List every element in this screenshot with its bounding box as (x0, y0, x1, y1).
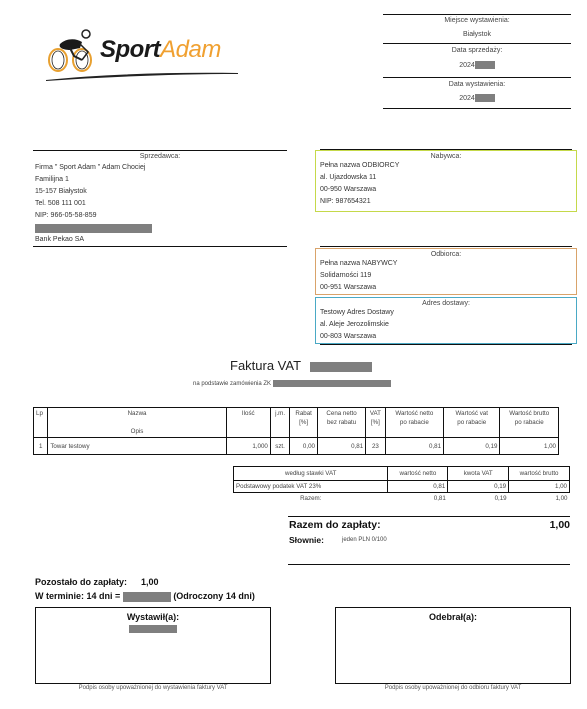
total-to-pay-label: Razem do zapłaty: (289, 519, 381, 531)
col-net-value: Wartość nettopo rabacie (385, 408, 443, 438)
col-qty: Ilość (226, 408, 270, 438)
recipient-title: Odbiorca: (320, 251, 572, 258)
vat-col-vat: kwota VAT (448, 467, 509, 481)
col-net-value-label-1: Wartość netto (388, 409, 441, 418)
vat-col-rate: według stawki VAT (234, 467, 388, 481)
buyer-box: Nabywca: Pełna nazwa ODBIORCY al. Ujazdo… (315, 150, 577, 212)
divider (383, 77, 571, 78)
redacted-issuer-name (129, 625, 177, 633)
logo-text-adam: Adam (160, 36, 221, 63)
recipient-city: 00-951 Warszawa (320, 282, 572, 294)
issue-date-value: 2024 (459, 95, 475, 102)
invoice-title-text: Faktura VAT (230, 358, 301, 373)
delivery-name: Testowy Adres Dostawy (320, 307, 572, 319)
term-suffix: (Odroczony 14 dni) (173, 591, 255, 601)
receiver-title: Odebrał(a): (336, 612, 570, 622)
receiver-caption: Podpis osoby upoważnionej do odbioru fak… (335, 685, 571, 691)
delivery-street: al. Aleje Jerozolimskie (320, 319, 572, 331)
vat-summary-table: według stawki VAT wartość netto kwota VA… (233, 466, 570, 505)
cell-lp: 1 (34, 438, 48, 455)
delivery-title: Adres dostawy: (320, 300, 572, 307)
col-net-price-label-1: Cena netto (320, 409, 363, 418)
col-vat-value-label-1: Wartość vat (446, 409, 497, 418)
vat-cell-rate: Podstawowy podatek VAT 23% (234, 481, 388, 493)
redacted-order-number (273, 380, 391, 387)
seller-bank: Bank Pekao SA (35, 234, 152, 246)
place-label: Miejsce wystawienia: (383, 17, 571, 24)
issue-date-label: Data wystawienia: (383, 81, 571, 88)
logo-wordmark: SportAdam (100, 36, 221, 64)
cell-net-price: 0,81 (317, 438, 365, 455)
vat-header-row: według stawki VAT wartość netto kwota VA… (234, 467, 570, 481)
remaining-to-pay: Pozostało do zapłaty:1,00 (35, 577, 159, 587)
vat-cell-net: 0,81 (388, 481, 448, 493)
table-row: 1 Towar testowy 1,000 szt. 0,00 0,81 23 … (34, 438, 559, 455)
vat-cell-gross: 1,00 (509, 481, 570, 493)
cell-gross-value: 1,00 (500, 438, 559, 455)
col-lp: Lp (34, 408, 48, 438)
divider (383, 43, 571, 44)
divider (383, 14, 571, 15)
issuer-caption: Podpis osoby upoważnionej do wystawienia… (35, 685, 271, 691)
buyer-city: 00-950 Warszawa (320, 184, 572, 196)
receiver-signature-box: Odebrał(a): (335, 607, 571, 684)
vat-col-net: wartość netto (388, 467, 448, 481)
sale-date: 2024 (383, 61, 571, 69)
seller-phone: Tel. 508 111 001 (35, 198, 152, 210)
col-net-value-label-2: po rabacie (388, 418, 441, 427)
invoice-subtitle-text: na podstawie zamówienia ZK (193, 381, 271, 387)
redacted-due-date (123, 592, 171, 602)
redacted-invoice-number (310, 362, 372, 372)
recipient-street: Solidarności 119 (320, 270, 572, 282)
cell-net-value: 0,81 (385, 438, 443, 455)
term-label: W terminie: 14 dni = (35, 591, 120, 601)
payment-term: W terminie: 14 dni = (Odroczony 14 dni) (35, 591, 255, 602)
vat-total-net: 0,81 (388, 493, 448, 505)
buyer-street: al. Ujazdowska 11 (320, 172, 572, 184)
recipient-name: Pełna nazwa NABYWCY (320, 258, 572, 270)
col-name: NazwaOpis (48, 408, 226, 438)
cell-qty: 1,000 (226, 438, 270, 455)
total-to-pay-value: 1,00 (530, 519, 570, 531)
recipient-box: Odbiorca: Pełna nazwa NABYWCY Solidarnoś… (315, 248, 577, 295)
seller-name: Firma " Sport Adam " Adam Chociej (35, 162, 152, 174)
col-gross-value-label-1: Wartość brutto (502, 409, 556, 418)
cell-vat-value: 0,19 (444, 438, 500, 455)
col-vat-value-label-2: po rabacie (446, 418, 497, 427)
divider (288, 516, 570, 517)
seller-street: Familijna 1 (35, 174, 152, 186)
vat-total-gross: 1,00 (509, 493, 570, 505)
col-net-price: Cena nettobez rabatu (317, 408, 365, 438)
col-gross-value: Wartość bruttopo rabacie (500, 408, 559, 438)
sale-date-value: 2024 (459, 62, 475, 69)
redacted-account (35, 224, 152, 233)
col-discount-label-1: Rabat (292, 409, 315, 418)
vat-col-gross: wartość brutto (509, 467, 570, 481)
delivery-city: 00-803 Warszawa (320, 331, 572, 343)
vat-total-vat: 0,19 (448, 493, 509, 505)
logo-swoosh (44, 72, 240, 82)
col-vat-label-1: VAT (368, 409, 382, 418)
col-gross-value-label-2: po rabacie (502, 418, 556, 427)
cell-name: Towar testowy (48, 438, 226, 455)
col-vat-value: Wartość vatpo rabacie (444, 408, 500, 438)
vat-total-label: Razem: (234, 493, 388, 505)
vat-total-row: Razem: 0,81 0,19 1,00 (234, 493, 570, 505)
items-header-row: Lp NazwaOpis Ilość j.m. Rabat[%] Cena ne… (34, 408, 559, 438)
sale-date-label: Data sprzedaży: (383, 47, 571, 54)
vat-cell-vat: 0,19 (448, 481, 509, 493)
divider (320, 344, 572, 345)
cell-vat: 23 (366, 438, 385, 455)
col-net-price-label-2: bez rabatu (320, 418, 363, 427)
seller-details: Firma " Sport Adam " Adam Chociej Famili… (35, 160, 152, 246)
remaining-label: Pozostało do zapłaty: (35, 577, 127, 587)
col-discount-label-2: [%] (292, 418, 315, 427)
delivery-box: Adres dostawy: Testowy Adres Dostawy al.… (315, 297, 577, 344)
col-name-label: Nazwa (50, 409, 223, 418)
table-row: Podstawowy podatek VAT 23% 0,81 0,19 1,0… (234, 481, 570, 493)
divider (383, 108, 571, 109)
col-vat: VAT[%] (366, 408, 385, 438)
col-unit: j.m. (270, 408, 289, 438)
items-table: Lp NazwaOpis Ilość j.m. Rabat[%] Cena ne… (33, 407, 559, 455)
invoice-subtitle: na podstawie zamówienia ZK (193, 380, 391, 387)
cyclist-icon (46, 26, 100, 74)
divider (320, 246, 572, 247)
buyer-title: Nabywca: (320, 153, 572, 160)
cell-discount: 0,00 (290, 438, 318, 455)
issue-date: 2024 (383, 94, 571, 102)
cell-unit: szt. (270, 438, 289, 455)
redacted-block (475, 94, 495, 102)
col-vat-label-2: [%] (368, 418, 382, 427)
divider (288, 564, 570, 565)
seller-city: 15-157 Białystok (35, 186, 152, 198)
col-desc-label: Opis (50, 427, 223, 436)
amount-in-words-value: jeden PLN 0/100 (342, 537, 387, 543)
invoice-title: Faktura VAT (230, 358, 372, 373)
seller-nip: NIP: 966-05-58-859 (35, 210, 152, 222)
redacted-block (475, 61, 495, 69)
amount-in-words-label: Słownie: (289, 535, 324, 545)
col-discount: Rabat[%] (290, 408, 318, 438)
issuer-title: Wystawił(a): (36, 612, 270, 622)
issuer-signature-box: Wystawił(a): (35, 607, 271, 684)
buyer-name: Pełna nazwa ODBIORCY (320, 160, 572, 172)
divider (33, 150, 287, 151)
seller-title: Sprzedawca: (33, 153, 287, 160)
place-value: Białystok (383, 31, 571, 38)
divider (33, 246, 287, 247)
remaining-value: 1,00 (141, 577, 159, 587)
company-logo: SportAdam (44, 22, 244, 82)
logo-text-sport: Sport (100, 36, 160, 63)
buyer-nip: NIP: 987654321 (320, 196, 572, 208)
